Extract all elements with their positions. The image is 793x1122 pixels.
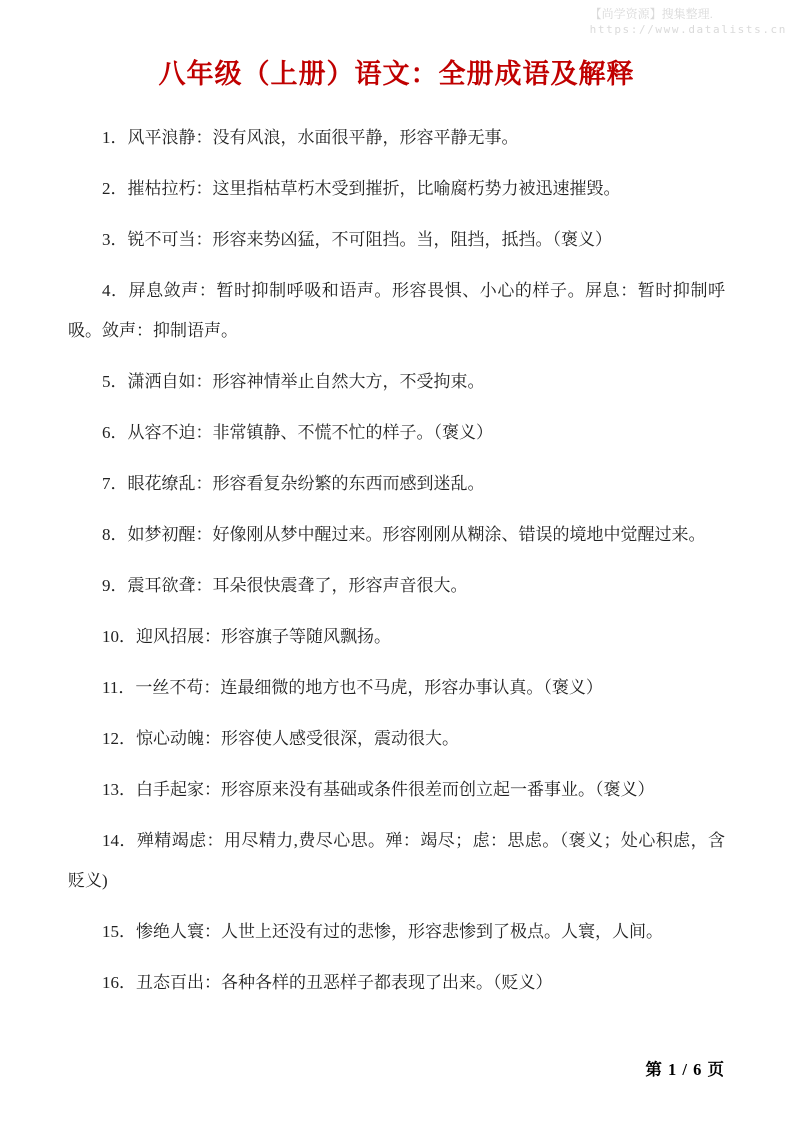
document-title: 八年级（上册）语文：全册成语及解释 [0,56,793,92]
item-definition: 连最细微的地方也不马虎，形容办事认真。（褒义） [220,678,603,697]
item-number: 9． [102,576,128,595]
idiom-item: 11．一丝不苟：连最细微的地方也不马虎，形容办事认真。（褒义） [68,668,725,708]
item-definition: 各种各样的丑恶样子都表现了出来。（贬义） [221,973,553,992]
idiom-item: 8．如梦初醒：好像刚从梦中醒过来。形容刚刚从糊涂、错误的境地中觉醒过来。 [68,515,725,555]
item-term: 迎风招展： [136,627,221,646]
item-term: 白手起家： [136,780,221,799]
document-page: { "watermark": { "source_line": "【尚学资源】搜… [0,0,793,1122]
item-term: 屏息敛声： [129,281,217,300]
item-definition: 形容旗子等随风飘扬。 [221,627,391,646]
idiom-item: 6．从容不迫：非常镇静、不慌不忙的样子。（褒义） [68,413,725,453]
item-definition: 这里指枯草朽木受到摧折，比喻腐朽势力被迅速摧毁。 [213,179,621,198]
item-definition: 形容神情举止自然大方，不受拘束。 [213,372,485,391]
idiom-item: 7．眼花缭乱：形容看复杂纷繁的东西而感到迷乱。 [68,464,725,504]
item-term: 眼花缭乱： [128,474,213,493]
watermark-url-text: https://www.datalists.cn [590,22,787,38]
item-definition: 人世上还没有过的悲惨，形容悲惨到了极点。人寰，人间。 [221,922,663,941]
idiom-item: 16．丑态百出：各种各样的丑恶样子都表现了出来。（贬义） [68,963,725,1003]
page-number-indicator: 第 1 / 6 页 [645,1056,725,1080]
item-definition: 耳朵很快震聋了，形容声音很大。 [213,576,468,595]
item-term: 丑态百出： [136,973,221,992]
item-definition: 形容来势凶猛，不可阻挡。当，阻挡，抵挡。（褒义） [213,230,613,249]
item-term: 一丝不苟： [135,678,220,697]
item-term: 从容不迫： [128,423,213,442]
idiom-item: 1．风平浪静：没有风浪，水面很平静，形容平静无事。 [68,118,725,158]
idiom-item: 3．锐不可当：形容来势凶猛，不可阻挡。当，阻挡，抵挡。（褒义） [68,220,725,260]
watermark: 【尚学资源】搜集整理. https://www.datalists.cn [590,6,787,38]
idiom-item: 9．震耳欲聋：耳朵很快震聋了，形容声音很大。 [68,566,725,606]
item-number: 11． [102,678,135,697]
item-term: 惨绝人寰： [136,922,221,941]
item-definition: 形容看复杂纷繁的东西而感到迷乱。 [213,474,485,493]
idiom-item: 15．惨绝人寰：人世上还没有过的悲惨，形容悲惨到了极点。人寰，人间。 [68,912,725,952]
idiom-item: 12．惊心动魄：形容使人感受很深，震动很大。 [68,719,725,759]
item-definition: 没有风浪，水面很平静，形容平静无事。 [213,128,519,147]
item-number: 16． [102,973,136,992]
item-number: 1． [102,128,128,147]
item-term: 惊心动魄： [136,729,221,748]
item-number: 6． [102,423,128,442]
item-number: 12． [102,729,136,748]
watermark-source-text: 【尚学资源】搜集整理. [590,6,787,22]
idiom-item: 13．白手起家：形容原来没有基础或条件很差而创立起一番事业。（褒义） [68,770,725,810]
idiom-item: 2．摧枯拉朽：这里指枯草朽木受到摧折，比喻腐朽势力被迅速摧毁。 [68,169,725,209]
item-number: 4． [102,281,129,300]
idiom-item: 4．屏息敛声：暂时抑制呼吸和语声。形容畏惧、小心的样子。屏息：暂时抑制呼吸。敛声… [68,271,725,351]
item-number: 8． [102,525,128,544]
item-number: 5． [102,372,128,391]
item-number: 10． [102,627,136,646]
idiom-item: 5．潇洒自如：形容神情举止自然大方，不受拘束。 [68,362,725,402]
item-number: 7． [102,474,128,493]
item-number: 3． [102,230,128,249]
idiom-list: 1．风平浪静：没有风浪，水面很平静，形容平静无事。 2．摧枯拉朽：这里指枯草朽木… [68,118,725,1003]
item-term: 锐不可当： [128,230,213,249]
idiom-item: 10．迎风招展：形容旗子等随风飘扬。 [68,617,725,657]
item-definition: 形容使人感受很深，震动很大。 [221,729,459,748]
item-term: 摧枯拉朽： [128,179,213,198]
item-number: 15． [102,922,136,941]
item-term: 如梦初醒： [128,525,213,544]
item-definition: 非常镇静、不慌不忙的样子。（褒义） [213,423,494,442]
item-term: 殚精竭虑： [137,831,224,850]
item-definition: 形容原来没有基础或条件很差而创立起一番事业。（褒义） [221,780,655,799]
item-number: 2． [102,179,128,198]
item-definition: 好像刚从梦中醒过来。形容刚刚从糊涂、错误的境地中觉醒过来。 [213,525,706,544]
item-number: 14． [102,831,137,850]
item-number: 13． [102,780,136,799]
idiom-item: 14．殚精竭虑：用尽精力,费尽心思。殚：竭尽；虑：思虑。（褒义；处心积虑，含贬义… [68,821,725,901]
item-term: 潇洒自如： [128,372,213,391]
item-term: 风平浪静： [128,128,213,147]
item-term: 震耳欲聋： [128,576,213,595]
